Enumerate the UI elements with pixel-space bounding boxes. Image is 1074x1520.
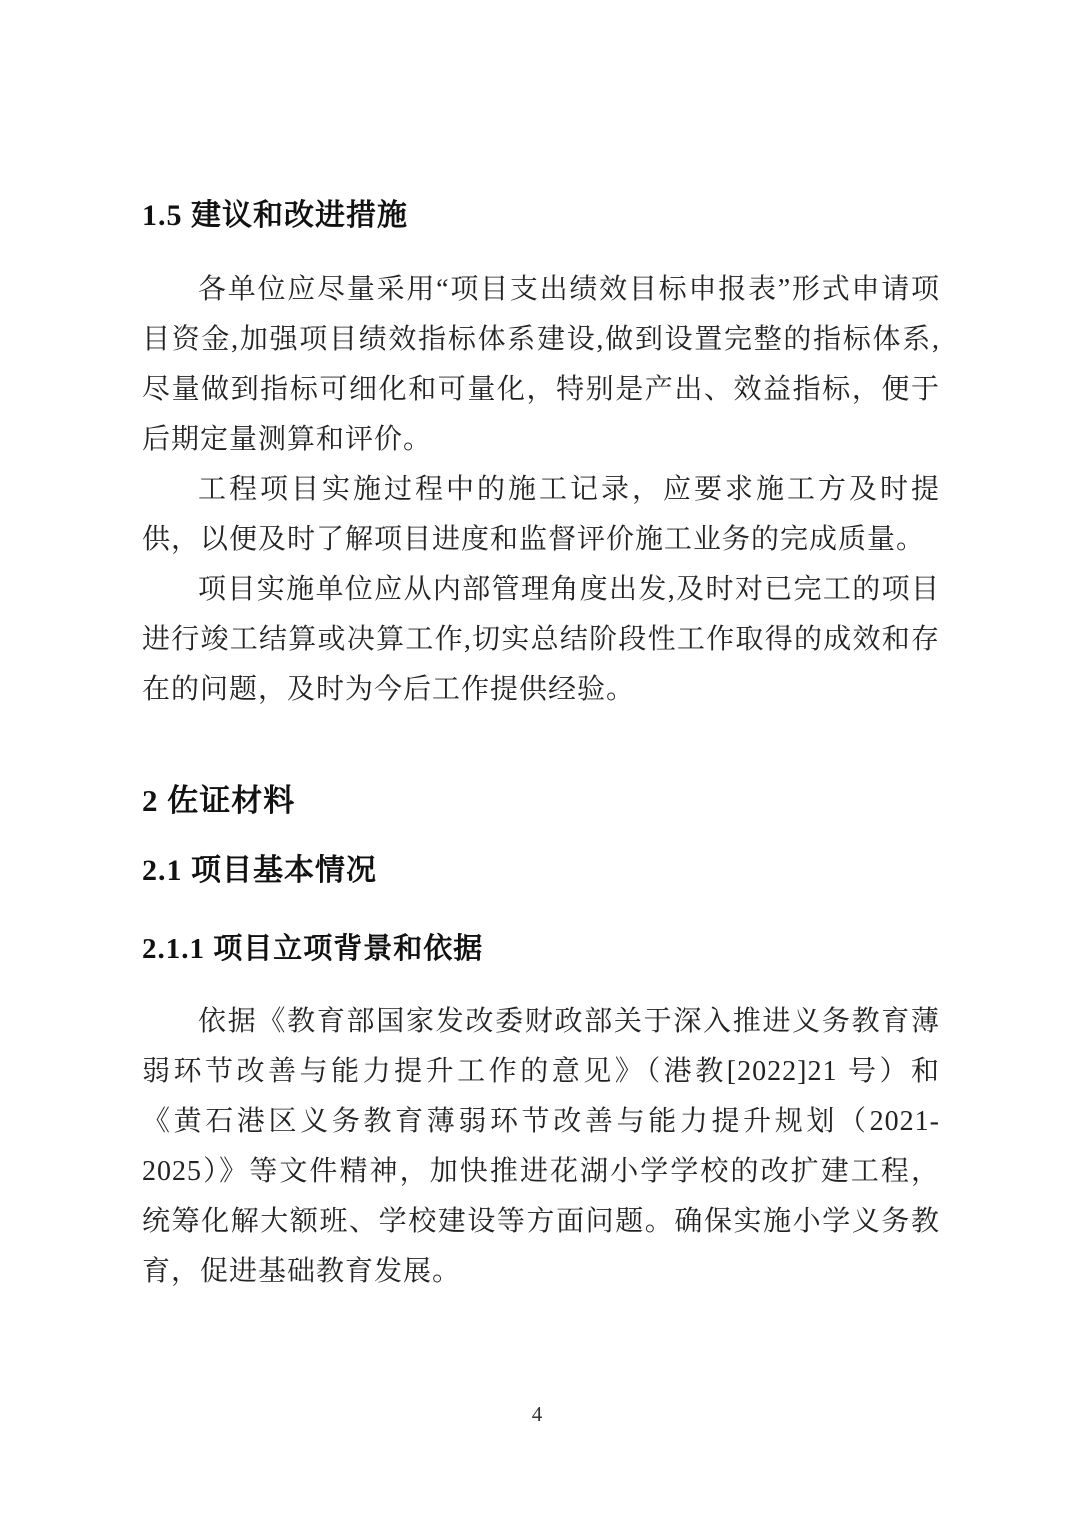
section-heading-2-1-1: 2.1.1 项目立项背景和依据 <box>142 930 940 968</box>
paragraph-suggestions-3: 项目实施单位应从内部管理角度出发,及时对已完工的项目进行竣工结算或决算工作,切实… <box>142 565 940 715</box>
section-heading-2: 2 佐证材料 <box>142 781 940 821</box>
section-heading-1-5: 1.5 建议和改进措施 <box>142 197 940 235</box>
document-page: 1.5 建议和改进措施 各单位应尽量采用“项目支出绩效目标申报表”形式申请项目资… <box>0 0 1074 1520</box>
paragraph-suggestions-2: 工程项目实施过程中的施工记录，应要求施工方及时提供，以便及时了解项目进度和监督评… <box>142 465 940 565</box>
section-2-1-1-body: 依据《教育部国家发改委财政部关于深入推进义务教育薄弱环节改善与能力提升工作的意见… <box>142 997 940 1297</box>
section-1-5-body: 各单位应尽量采用“项目支出绩效目标申报表”形式申请项目资金,加强项目绩效指标体系… <box>142 265 940 715</box>
section-heading-2-1: 2.1 项目基本情况 <box>142 852 940 890</box>
paragraph-suggestions-1: 各单位应尽量采用“项目支出绩效目标申报表”形式申请项目资金,加强项目绩效指标体系… <box>142 265 940 465</box>
page-number: 4 <box>0 1402 1074 1427</box>
paragraph-project-background: 依据《教育部国家发改委财政部关于深入推进义务教育薄弱环节改善与能力提升工作的意见… <box>142 997 940 1297</box>
